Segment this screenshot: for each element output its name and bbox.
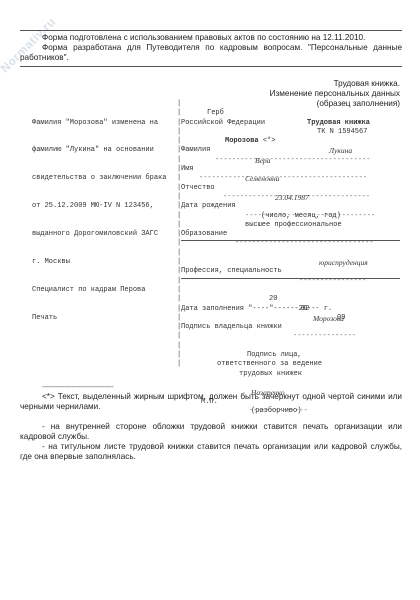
header-note: Форма подготовлена с использованием прав… [20, 30, 402, 67]
change-note-line: Печать [32, 314, 177, 323]
change-note-line: Фамилия "Морозова" изменена на [32, 119, 177, 128]
document-title-line2: Изменение персональных данных [270, 89, 400, 99]
document-title-line1: Трудовая книжка. [270, 79, 400, 89]
stamp-note-1: - на внутренней стороне обложки трудовой… [20, 422, 402, 442]
stamp-note-2: - на титульном листе трудовой книжки ста… [20, 442, 402, 462]
change-note-line: свидетельства о заключении брака [32, 174, 177, 183]
change-note-line: выданного Дорогомиловский ЗАГС [32, 230, 177, 239]
change-note-line: Специалист по кадрам Перова [32, 286, 177, 295]
header-note-line2: Форма разработана для Путеводителя по ка… [20, 43, 402, 63]
change-note: Фамилия "Морозова" изменена на фамилию "… [32, 100, 177, 332]
change-note-line: от 25.12.2009 МЮ-IV N 123456, [32, 202, 177, 211]
profession-underline [181, 278, 400, 279]
footnote-separator: -------------------------------- [42, 382, 402, 392]
header-note-line1: Форма подготовлена с использованием прав… [20, 33, 402, 43]
change-note-line: г. Москвы [32, 258, 177, 267]
education-underline [181, 240, 400, 241]
footnote-text: <*> Текст, выделенный жирным шрифтом, до… [20, 392, 402, 412]
change-note-line: фамилию "Лукина" на основании [32, 146, 177, 155]
footnotes: -------------------------------- <*> Тек… [20, 382, 402, 462]
work-book-title-page: Герб Трудовая книжка Российской Федераци… [181, 100, 401, 407]
